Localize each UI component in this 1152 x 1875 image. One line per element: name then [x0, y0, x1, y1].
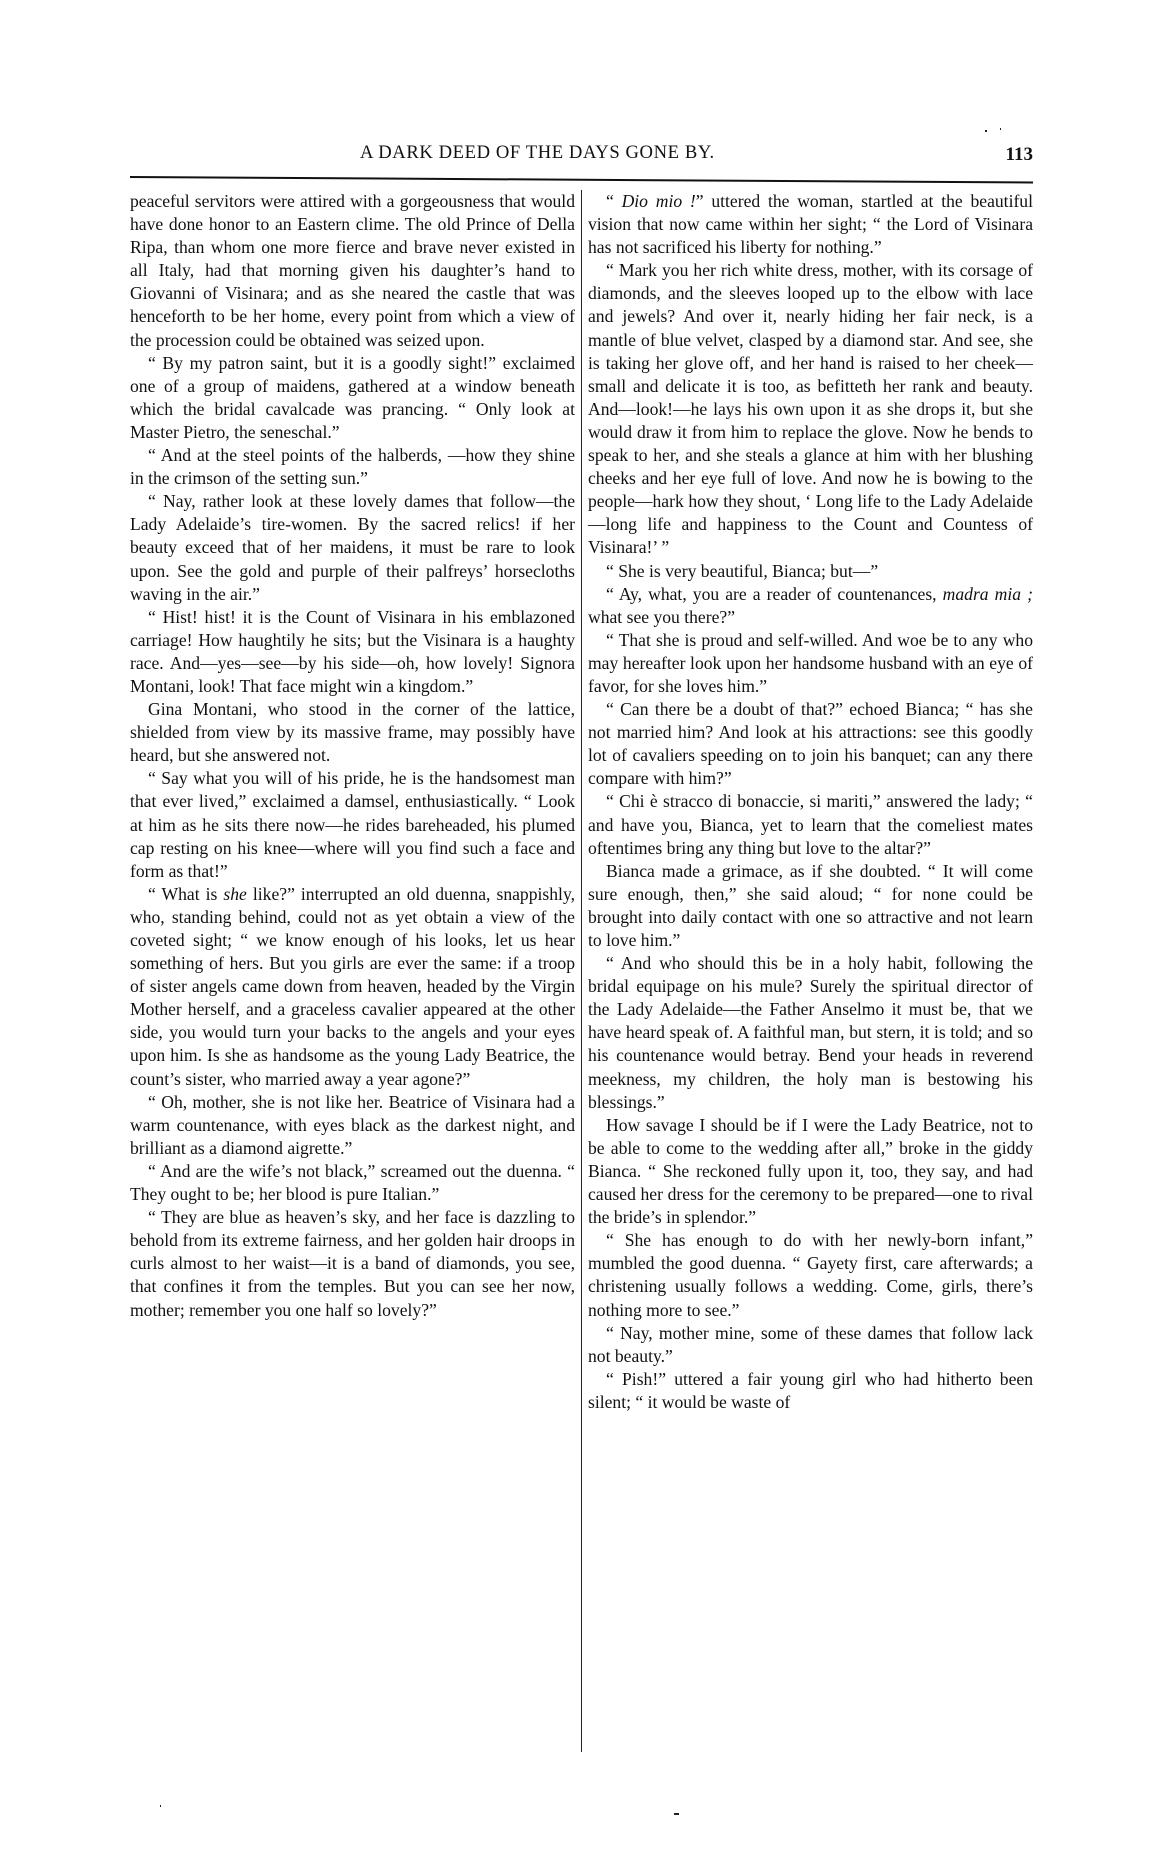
- paragraph: “ Nay, mother mine, some of these dames …: [588, 1322, 1033, 1368]
- paragraph: “ Can there be a doubt of that?” echoed …: [588, 698, 1033, 790]
- paragraph: “ Say what you will of his pride, he is …: [130, 767, 575, 882]
- print-speck: [674, 1813, 679, 1815]
- print-speck: [160, 1805, 161, 1807]
- paragraph: “ Dio mio !” uttered the woman, startled…: [588, 190, 1033, 259]
- text-run: what see you there?”: [588, 607, 735, 627]
- paragraph: “ Mark you her rich white dress, mother,…: [588, 259, 1033, 559]
- paragraph: “ And are the wife’s not black,” screame…: [130, 1160, 575, 1206]
- paragraph: Bianca made a grimace, as if she doubted…: [588, 860, 1033, 952]
- paragraph: Gina Montani, who stood in the corner of…: [130, 698, 575, 767]
- emphasis: she: [223, 884, 246, 904]
- paragraph: “ By my patron saint, but it is a goodly…: [130, 352, 575, 444]
- paragraph: How savage I should be if I were the Lad…: [588, 1114, 1033, 1229]
- paragraph: “ Hist! hist! it is the Count of Visinar…: [130, 606, 575, 698]
- column-divider: [581, 190, 582, 1752]
- header-rule: [130, 176, 1033, 184]
- paragraph: “ And who should this be in a holy habit…: [588, 952, 1033, 1114]
- text-run: “ Ay, what, you are a reader of counten­…: [606, 584, 943, 604]
- paragraph: “ What is she like?” interrupted an old …: [130, 883, 575, 1091]
- paragraph: “ Ay, what, you are a reader of counten­…: [588, 583, 1033, 629]
- text-run: like?” interrupted an old duenna, snappi…: [130, 884, 575, 1089]
- paragraph: “ That she is proud and self-willed. And…: [588, 629, 1033, 698]
- right-column: “ Dio mio !” uttered the woman, startled…: [588, 190, 1033, 1414]
- print-speck: [1000, 128, 1001, 130]
- paragraph: “ Oh, mother, she is not like her. Bea­t…: [130, 1091, 575, 1160]
- running-header: A DARK DEED OF THE DAYS GONE BY. 113: [130, 140, 1033, 180]
- emphasis: Dio mio !: [622, 191, 696, 211]
- paragraph: “ She is very beautiful, Bianca; but—”: [588, 560, 1033, 583]
- page-number: 113: [1006, 144, 1033, 166]
- left-column: peaceful servitors were attired with a g…: [130, 190, 575, 1322]
- paragraph: “ She has enough to do with her newly-bo…: [588, 1229, 1033, 1321]
- running-title: A DARK DEED OF THE DAYS GONE BY.: [360, 142, 715, 164]
- print-speck: [985, 130, 987, 132]
- text-run: “ What is: [148, 884, 223, 904]
- emphasis: madra mia ;: [943, 584, 1033, 604]
- paragraph: “ Chi è stracco di bonaccie, si mariti,”…: [588, 790, 1033, 859]
- paragraph: “ They are blue as heaven’s sky, and her…: [130, 1206, 575, 1321]
- text-run: “: [606, 191, 622, 211]
- paragraph: “ Pish!” uttered a fair young girl who h…: [588, 1368, 1033, 1414]
- paragraph: “ And at the steel points of the halberd…: [130, 444, 575, 490]
- paragraph: “ Nay, rather look at these lovely dames…: [130, 490, 575, 605]
- paragraph: peaceful servitors were attired with a g…: [130, 190, 575, 352]
